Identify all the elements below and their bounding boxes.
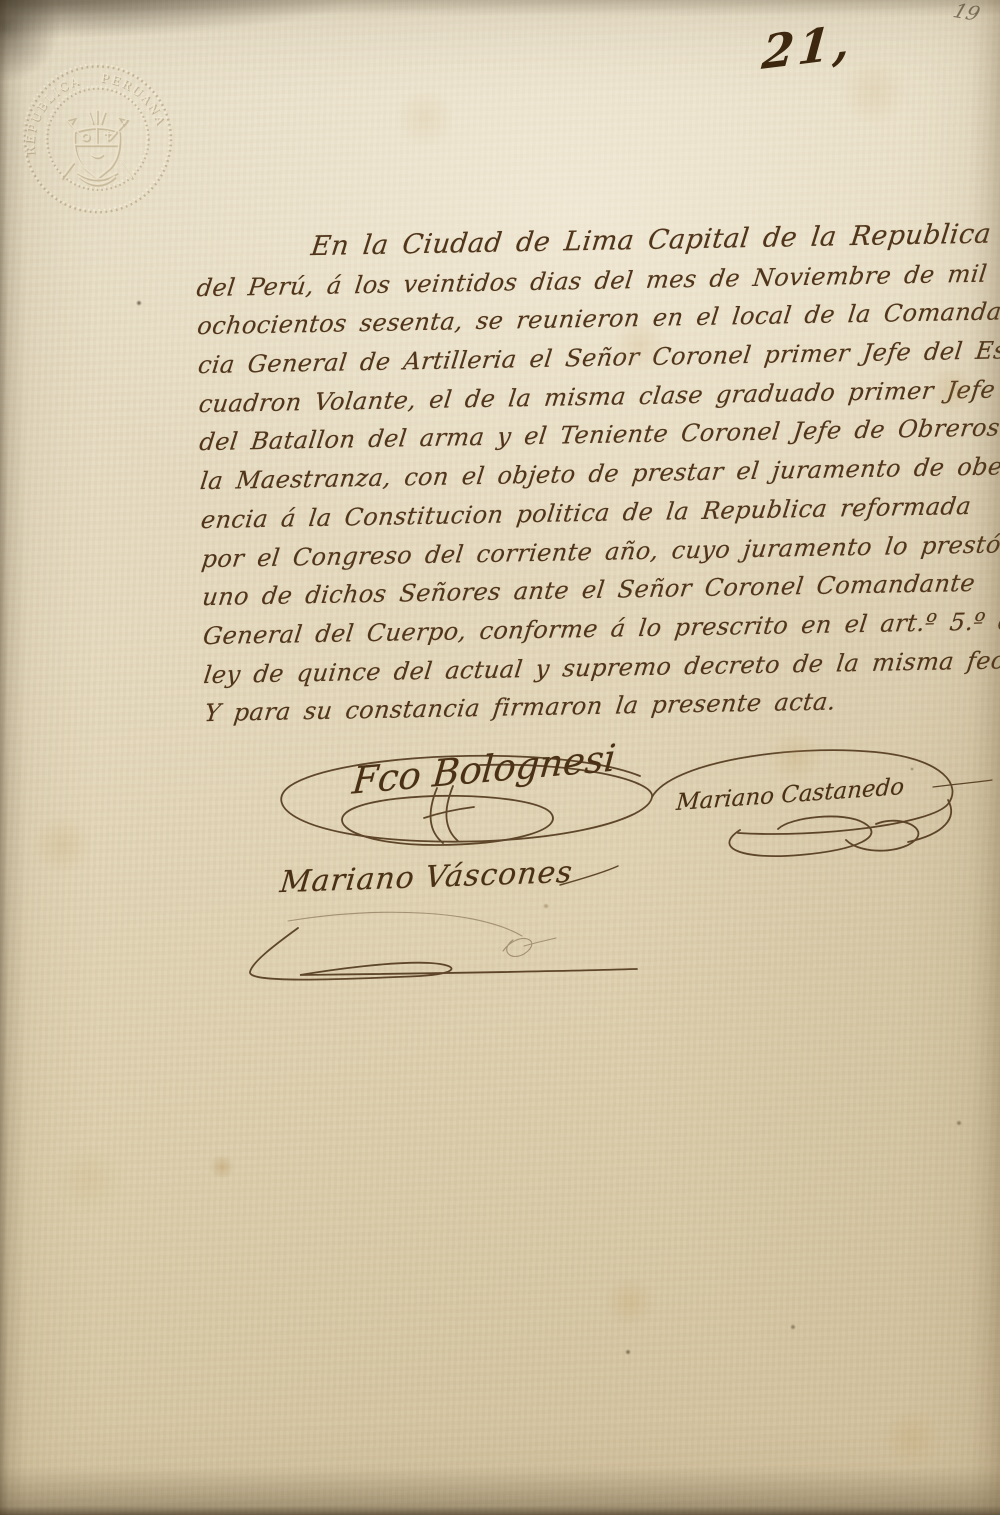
signature-vascones: Mariano Váscones [278, 855, 574, 900]
signature-bolognesi: Fco Bolognesi [351, 736, 618, 803]
coat-of-arms-icon [61, 109, 133, 186]
pencil-page-number: 19 [950, 0, 983, 26]
signature-castanedo: Mariano Castanedo [675, 774, 905, 816]
document-page: REPUBLICA PERUANA REPUBLICA PERUANA [0, 0, 1000, 1515]
manuscript-text: En la Ciudad de Lima Capital de la Repub… [150, 216, 999, 734]
ink-page-number: 21, [760, 14, 856, 80]
embossed-seal-icon: REPUBLICA PERUANA REPUBLICA PERUANA [16, 50, 178, 222]
